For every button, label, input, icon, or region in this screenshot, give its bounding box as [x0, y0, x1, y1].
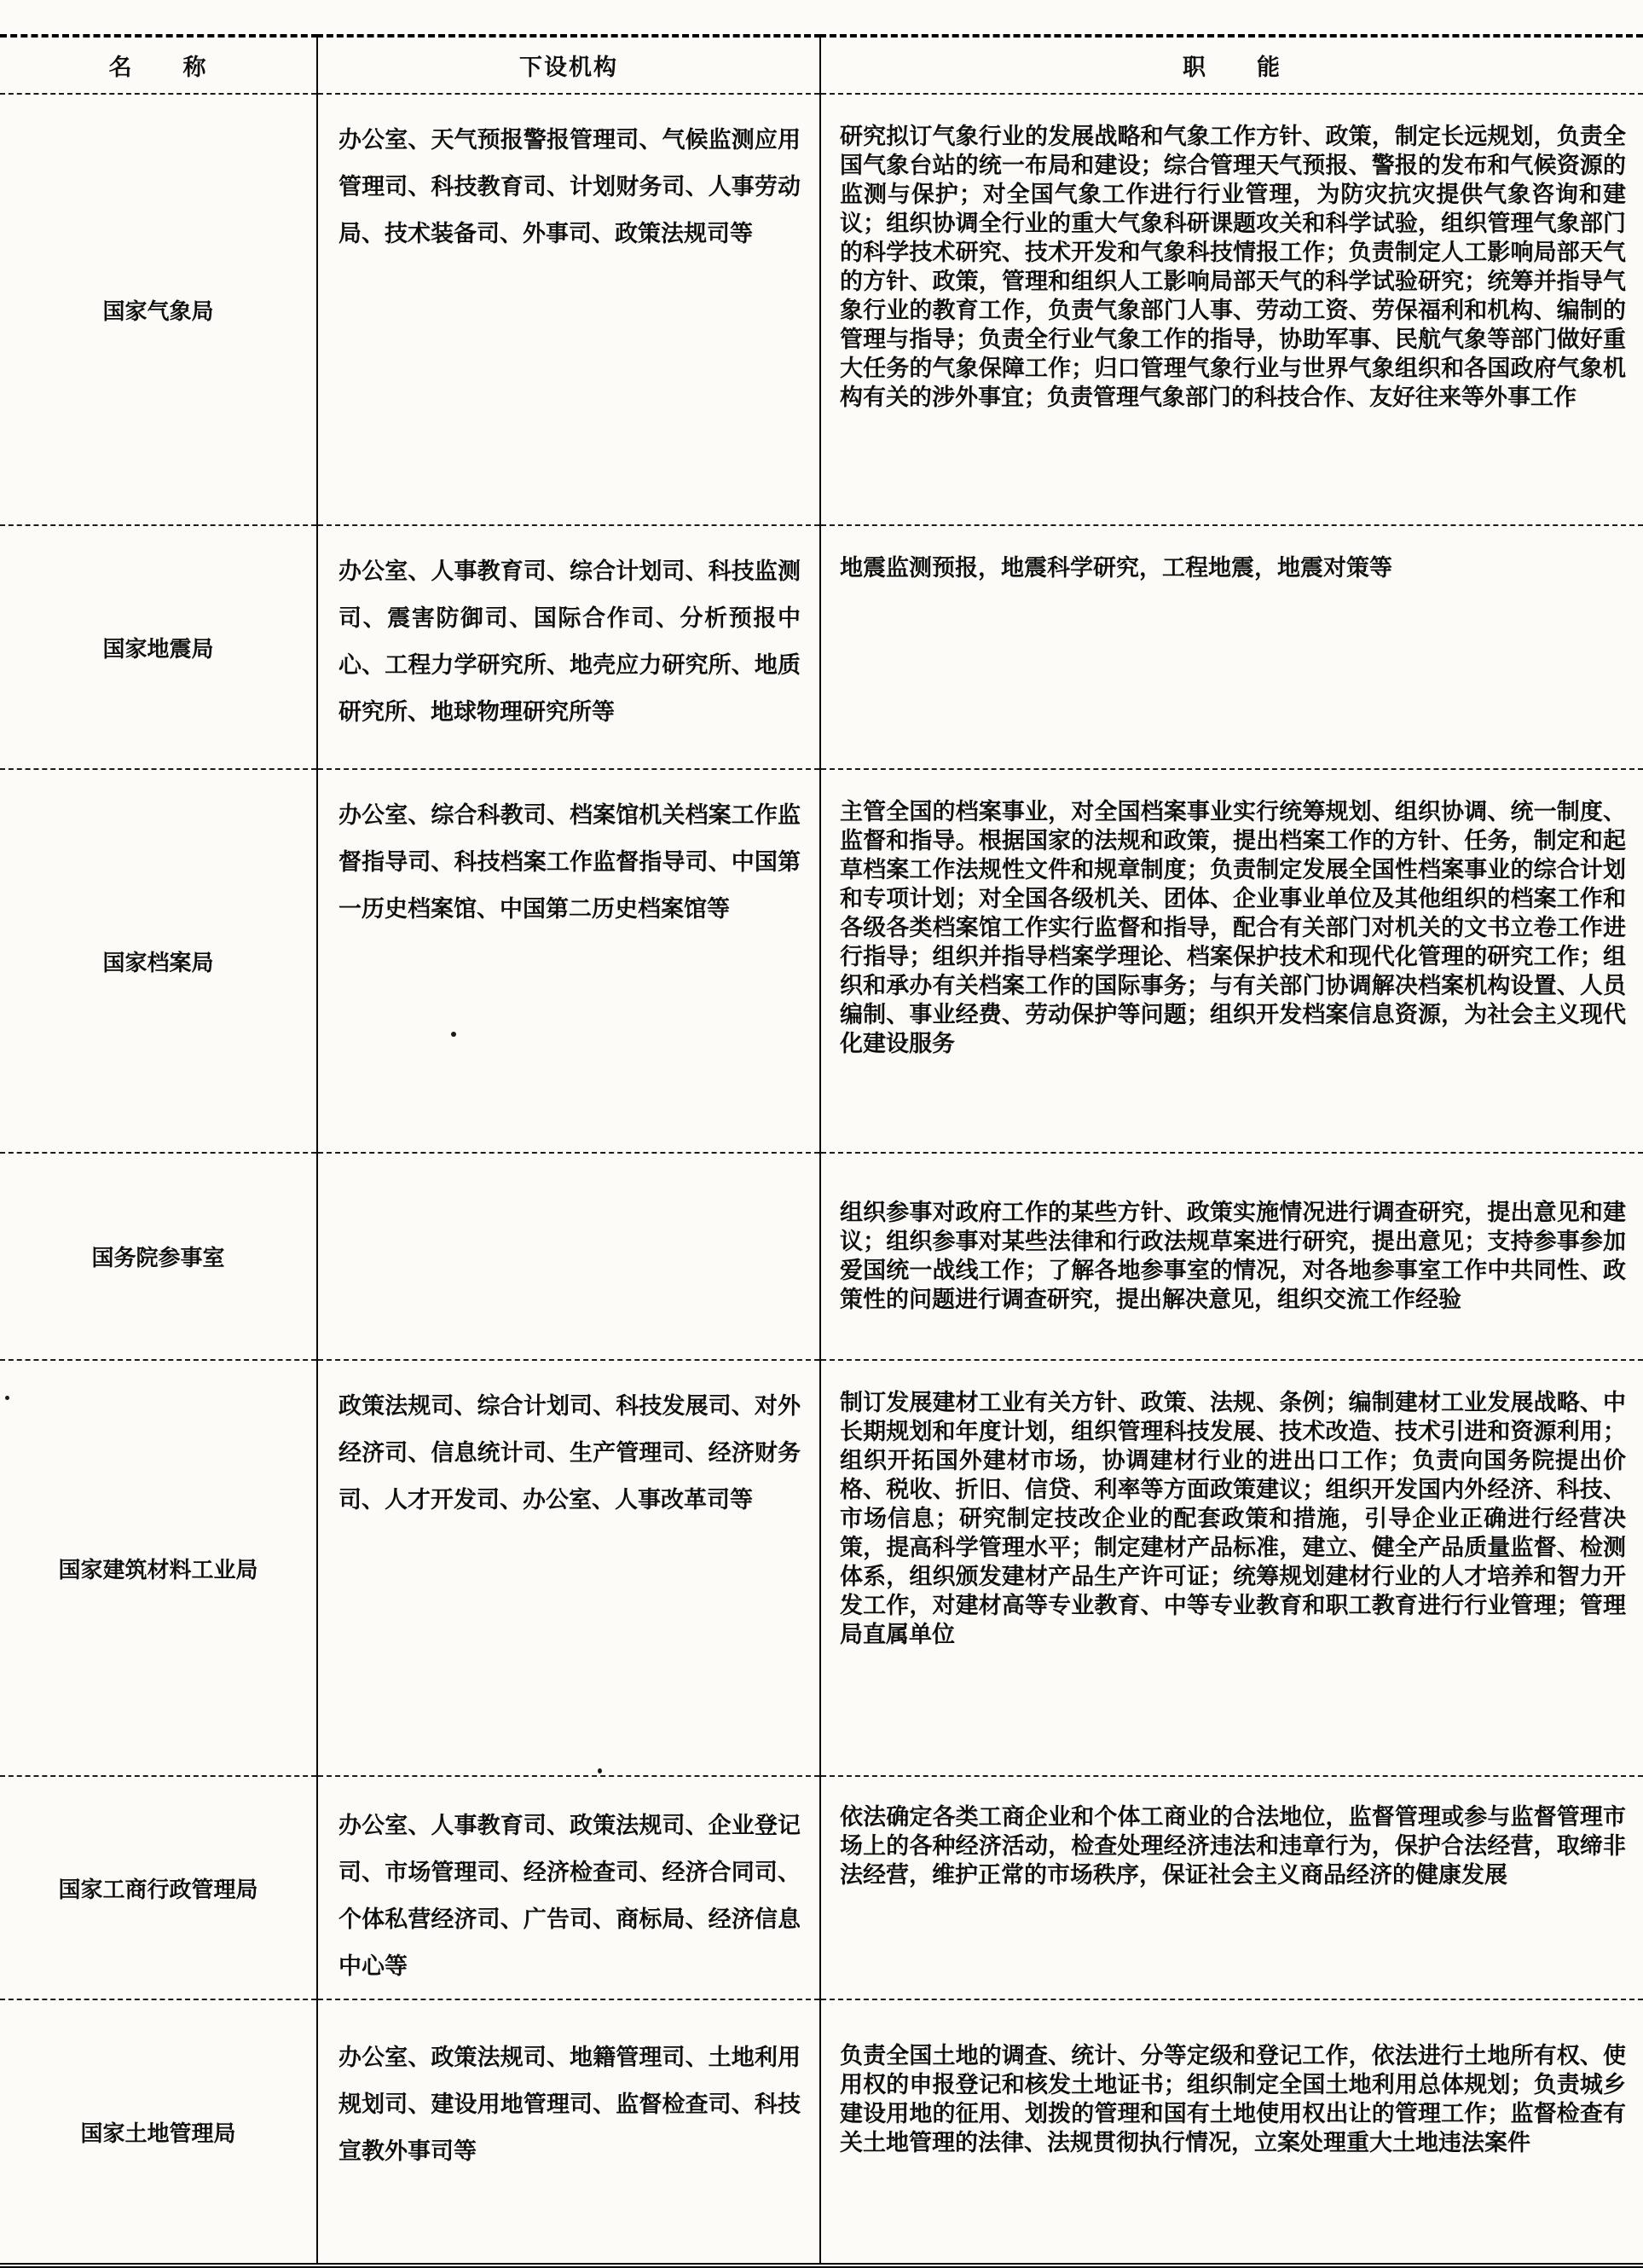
header-orgs-column: 下设机构 [317, 36, 820, 94]
agency-name-cell: 国家土地管理局 [0, 1999, 317, 2265]
sub-organs-cell: 办公室、天气预报警报管理司、气候监测应用管理司、科技教育司、计划财务司、人事劳动… [317, 94, 820, 525]
table-row: 国家档案局 办公室、综合科教司、档案馆机关档案工作监督指导司、科技档案工作监督指… [0, 769, 1643, 1153]
agency-name-cell: 国务院参事室 [0, 1153, 317, 1360]
sub-organs-cell [317, 1153, 820, 1360]
sub-organs-cell: 办公室、人事教育司、综合计划司、科技监测司、震害防御司、国际合作司、分析预报中心… [317, 525, 820, 769]
agency-name-cell: 国家地震局 [0, 525, 317, 769]
functions-cell: 制订发展建材工业有关方针、政策、法规、条例；编制建材工业发展战略、中长期规划和年… [820, 1360, 1643, 1776]
table-row: 国家土地管理局 办公室、政策法规司、地籍管理司、土地利用规划司、建设用地管理司、… [0, 1999, 1643, 2265]
functions-cell: 地震监测预报，地震科学研究，工程地震，地震对策等 [820, 525, 1643, 769]
sub-organs-cell: 政策法规司、综合计划司、科技发展司、对外经济司、信息统计司、生产管理司、经济财务… [317, 1360, 820, 1776]
scanned-document-page: 名 称 下设机构 职 能 国家气象局 办公室、天气预报警报管理司、气候监测应用管… [0, 0, 1643, 2268]
table-row: 国家地震局 办公室、人事教育司、综合计划司、科技监测司、震害防御司、国际合作司、… [0, 525, 1643, 769]
functions-cell: 主管全国的档案事业，对全国档案事业实行统筹规划、组织协调、统一制度、监督和指导。… [820, 769, 1643, 1153]
agency-table: 名 称 下设机构 职 能 国家气象局 办公室、天气预报警报管理司、气候监测应用管… [0, 34, 1643, 2268]
scan-speck [451, 1032, 456, 1037]
header-name-column: 名 称 [0, 36, 317, 94]
sub-organs-cell: 办公室、政策法规司、地籍管理司、土地利用规划司、建设用地管理司、监督检查司、科技… [317, 1999, 820, 2265]
agency-name-cell: 国家气象局 [0, 94, 317, 525]
agency-name-cell: 国家建筑材料工业局 [0, 1360, 317, 1776]
functions-cell: 依法确定各类工商企业和个体工商业的合法地位，监督管理或参与监督管理市场上的各种经… [820, 1776, 1643, 1999]
functions-cell: 组织参事对政府工作的某些方针、政策实施情况进行调查研究，提出意见和建议；组织参事… [820, 1153, 1643, 1360]
scan-speck [5, 1396, 9, 1400]
sub-organs-cell: 办公室、综合科教司、档案馆机关档案工作监督指导司、科技档案工作监督指导司、中国第… [317, 769, 820, 1153]
table-header-row: 名 称 下设机构 职 能 [0, 36, 1643, 94]
scan-speck [598, 1768, 602, 1773]
agency-name-cell: 国家工商行政管理局 [0, 1776, 317, 1999]
agency-name-cell: 国家档案局 [0, 769, 317, 1153]
header-functions-column: 职 能 [820, 36, 1643, 94]
table-row: 国务院参事室 组织参事对政府工作的某些方针、政策实施情况进行调查研究，提出意见和… [0, 1153, 1643, 1360]
table-row: 国家建筑材料工业局 政策法规司、综合计划司、科技发展司、对外经济司、信息统计司、… [0, 1360, 1643, 1776]
table-row: 国家工商行政管理局 办公室、人事教育司、政策法规司、企业登记司、市场管理司、经济… [0, 1776, 1643, 1999]
functions-cell: 负责全国土地的调查、统计、分等定级和登记工作，依法进行土地所有权、使用权的申报登… [820, 1999, 1643, 2265]
functions-cell: 研究拟订气象行业的发展战略和气象工作方针、政策，制定长远规划，负责全国气象台站的… [820, 94, 1643, 525]
table-row: 国家气象局 办公室、天气预报警报管理司、气候监测应用管理司、科技教育司、计划财务… [0, 94, 1643, 525]
sub-organs-cell: 办公室、人事教育司、政策法规司、企业登记司、市场管理司、经济检查司、经济合同司、… [317, 1776, 820, 1999]
